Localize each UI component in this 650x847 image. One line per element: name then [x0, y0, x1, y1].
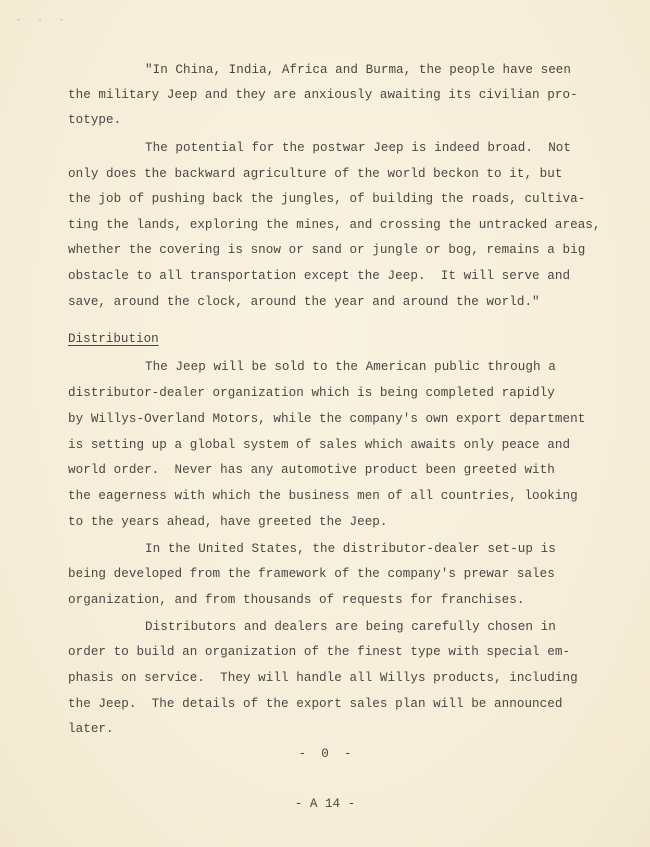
text-line: the military Jeep and they are anxiously…	[68, 87, 578, 103]
text-line: by Willys-Overland Motors, while the com…	[68, 411, 585, 427]
text-line: organization, and from thousands of requ…	[68, 592, 524, 608]
text-line: save, around the clock, around the year …	[68, 294, 540, 310]
text-line: whether the covering is snow or sand or …	[68, 242, 585, 258]
text-line: world order. Never has any automotive pr…	[68, 462, 555, 478]
text-line: order to build an organization of the fi…	[68, 644, 570, 660]
text-line: In the United States, the distributor-de…	[145, 541, 556, 557]
text-line: totype.	[68, 112, 121, 128]
text-line: the job of pushing back the jungles, of …	[68, 191, 585, 207]
text-line: The potential for the postwar Jeep is in…	[145, 140, 571, 156]
text-line: is setting up a global system of sales w…	[68, 437, 570, 453]
text-line: ting the lands, exploring the mines, and…	[68, 217, 601, 233]
text-line: the eagerness with which the business me…	[68, 488, 578, 504]
section-heading: Distribution	[68, 331, 159, 347]
text-line: "In China, India, Africa and Burma, the …	[145, 62, 571, 78]
text-line: Distributors and dealers are being caref…	[145, 619, 556, 635]
text-line: later.	[68, 721, 114, 737]
text-line: to the years ahead, have greeted the Jee…	[68, 514, 388, 530]
corner-marks: - · -	[16, 16, 70, 25]
section-separator: - 0 -	[0, 747, 650, 761]
text-line: being developed from the framework of th…	[68, 566, 555, 582]
text-line: phasis on service. They will handle all …	[68, 670, 578, 686]
text-line: obstacle to all transportation except th…	[68, 268, 570, 284]
text-line: the Jeep. The details of the export sale…	[68, 696, 563, 712]
text-line: distributor-dealer organization which is…	[68, 385, 555, 401]
page-number: - A 14 -	[0, 797, 650, 811]
document-page: - · - "In China, India, Africa and Burma…	[0, 0, 650, 847]
text-line: The Jeep will be sold to the American pu…	[145, 359, 556, 375]
text-line: only does the backward agriculture of th…	[68, 166, 563, 182]
